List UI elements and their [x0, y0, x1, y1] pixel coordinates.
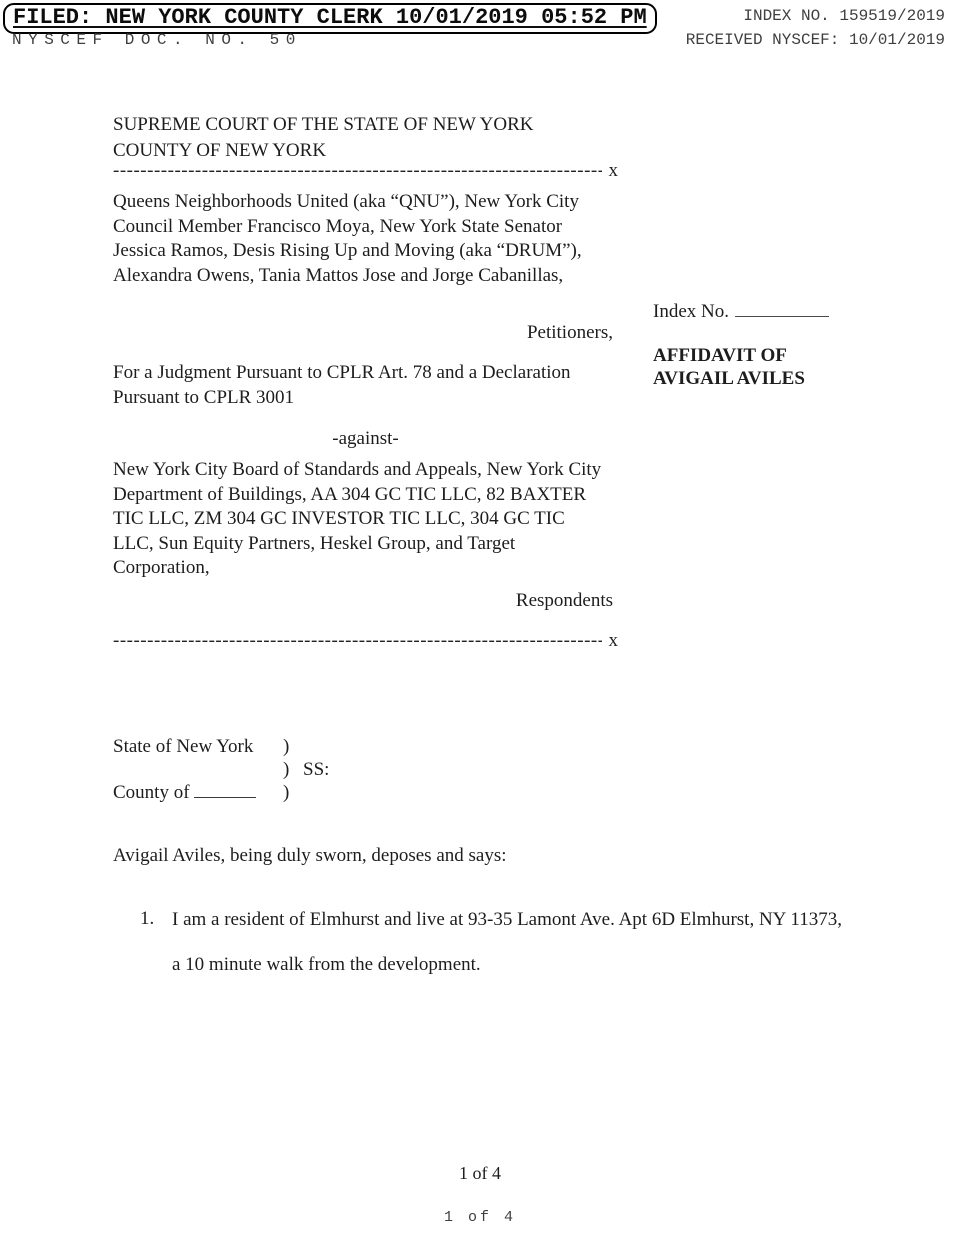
venue-county-blank-line — [194, 781, 256, 798]
venue-county-row: County of ) — [113, 781, 256, 804]
venue-ss-label: SS: — [303, 758, 329, 781]
venue-block: State of New York ) ) SS: County of ) — [113, 735, 256, 804]
divider-x: x — [602, 160, 619, 182]
caption-divider-top: ----------------------------------------… — [113, 160, 618, 182]
divider-dashes: ----------------------------------------… — [113, 160, 602, 182]
venue-ss-row: ) SS: — [113, 758, 256, 781]
sworn-statement-intro: Avigail Aviles, being duly sworn, depose… — [113, 845, 507, 867]
venue-paren: ) — [283, 735, 289, 758]
venue-state-text: State of New York — [113, 736, 253, 757]
filed-stamp-box: FILED: NEW YORK COUNTY CLERK 10/01/2019 … — [3, 3, 657, 34]
caption-divider-bottom: ----------------------------------------… — [113, 630, 618, 652]
affidavit-document-page: FILED: NEW YORK COUNTY CLERK 10/01/2019 … — [0, 0, 960, 1242]
nyscef-page-number: 1 of 4 — [0, 1209, 960, 1226]
venue-paren: ) — [283, 781, 289, 804]
nyscef-doc-number-stamp: NYSCEF DOC. NO. 50 — [12, 31, 302, 49]
index-number-stamp: INDEX NO. 159519/2019 — [743, 7, 945, 25]
divider-x: x — [602, 630, 619, 652]
index-no-label: Index No. — [653, 301, 729, 322]
paragraph-1-number: 1. — [140, 908, 154, 930]
divider-dashes: ----------------------------------------… — [113, 630, 602, 652]
petitioners-label: Petitioners, — [113, 322, 613, 344]
against-label: -against- — [113, 428, 618, 450]
venue-state-row: State of New York ) — [113, 735, 256, 758]
respondents-label: Respondents — [113, 590, 613, 612]
index-no-line: Index No. — [653, 299, 829, 323]
venue-paren: ) — [283, 758, 289, 781]
paragraph-1-text: I am a resident of Elmhurst and live at … — [172, 908, 872, 998]
filed-stamp-text: FILED: NEW YORK COUNTY CLERK 10/01/2019 … — [13, 5, 647, 30]
respondents-names: New York City Board of Standards and App… — [113, 458, 633, 581]
received-nyscef-stamp: RECEIVED NYSCEF: 10/01/2019 — [686, 31, 945, 49]
petitioners-names: Queens Neighborhoods United (aka “QNU”),… — [113, 190, 633, 288]
judgment-clause: For a Judgment Pursuant to CPLR Art. 78 … — [113, 361, 633, 410]
document-page-number: 1 of 4 — [0, 1163, 960, 1184]
index-no-blank-line — [735, 299, 829, 317]
affidavit-title: AFFIDAVIT OFAVIGAIL AVILES — [653, 344, 805, 390]
venue-county-text: County of — [113, 782, 190, 803]
court-heading: SUPREME COURT OF THE STATE OF NEW YORKCO… — [113, 112, 534, 164]
